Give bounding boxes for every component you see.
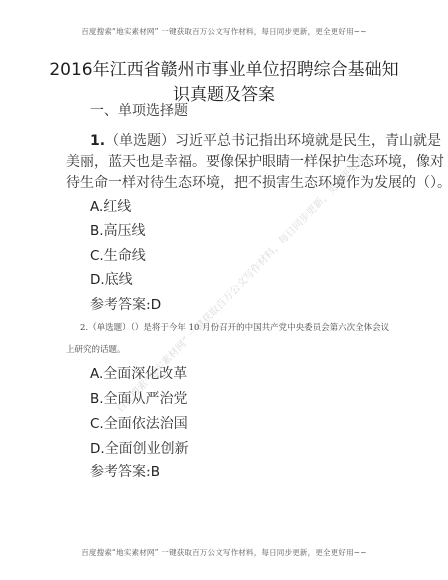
question-2-line-1: 2.（单选题）（）是将于今年 10 月份召开的中国共产党中央委员会第六次全体会议 xyxy=(80,321,389,333)
question-1-line-3: 待生命一样对待生态环境，把不损害生态环境作为发展的（）。 xyxy=(66,172,448,192)
question-2-number: 2. xyxy=(80,323,88,333)
question-2-text: （单选题）（）是将于今年 10 月份召开的中国共产党中央委员会第六次全体会议 xyxy=(88,323,389,333)
question-2-option-d: D.全面创业创新 xyxy=(90,438,189,458)
question-1-option-b: B.高压线 xyxy=(90,220,146,240)
document-title-line1: 2016年江西省赣州市事业单位招聘综合基础知 xyxy=(0,58,448,83)
question-1-line-2: 美丽，蓝天也是幸福。要像保护眼睛一样保护生态环境，像对 xyxy=(66,151,444,171)
document-title-line2: 识真题及答案 xyxy=(0,83,448,108)
question-2-answer: 参考答案:B xyxy=(90,461,160,481)
section-heading: 一、单项选择题 xyxy=(90,100,188,120)
question-1-number: 1. xyxy=(90,133,105,149)
question-1-option-d: D.底线 xyxy=(90,269,133,289)
question-2-line-2: 上研究的话题。 xyxy=(66,343,126,355)
question-1-option-a: A.红线 xyxy=(90,196,131,216)
header-banner: 百度搜索“地实素材网” 一键获取百万公文写作材料，每日同步更新，更全更好用~~ xyxy=(0,26,448,37)
question-1-answer: 参考答案:D xyxy=(90,294,161,314)
question-1-option-c: C.生命线 xyxy=(90,245,146,265)
footer-banner: 百度搜索“地实素材网” 一键获取百万公文写作材料，每日同步更新，更全更好用~~ xyxy=(0,547,448,558)
